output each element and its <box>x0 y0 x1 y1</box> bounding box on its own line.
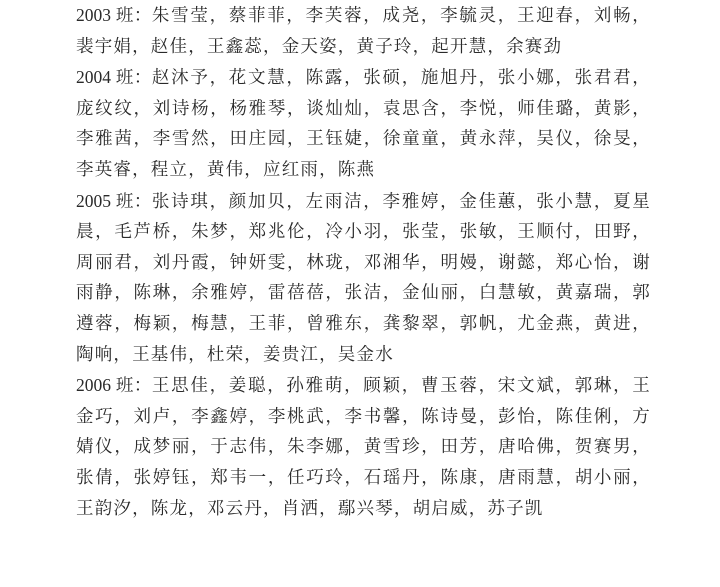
student-names: 张诗琪，颜加贝，左雨洁，李雅婷，金佳蕙，张小慧，夏星晨，毛芦桥，朱梦，郑兆伦，冷… <box>76 192 651 365</box>
student-names: 赵沐予，花文慧，陈露，张硕，施旭丹，张小娜，张君君，庞纹纹，刘诗杨，杨雅琴，谈灿… <box>76 68 651 180</box>
class-label: 2004 班： <box>76 67 152 87</box>
student-names: 朱雪莹，蔡菲菲，李芙蓉，成尧，李毓灵，王迎春，刘畅，裴宇娟，赵佳，王鑫蕊，金天姿… <box>76 6 651 57</box>
class-2005-paragraph: 2005 班：张诗琪，颜加贝，左雨洁，李雅婷，金佳蕙，张小慧，夏星晨，毛芦桥，朱… <box>76 186 651 371</box>
class-2006-paragraph: 2006 班：王思佳，姜聪，孙雅萌，顾颖，曹玉蓉，宋文斌，郭琳，王金巧，刘卢，李… <box>76 370 651 524</box>
class-label: 2005 班： <box>76 191 152 211</box>
class-label: 2006 班： <box>76 375 152 395</box>
class-label: 2003 班： <box>76 5 152 25</box>
class-2003-paragraph: 2003 班：朱雪莹，蔡菲菲，李芙蓉，成尧，李毓灵，王迎春，刘畅，裴宇娟，赵佳，… <box>76 0 651 62</box>
document-page: 2003 班：朱雪莹，蔡菲菲，李芙蓉，成尧，李毓灵，王迎春，刘畅，裴宇娟，赵佳，… <box>76 0 651 524</box>
class-2004-paragraph: 2004 班：赵沐予，花文慧，陈露，张硕，施旭丹，张小娜，张君君，庞纹纹，刘诗杨… <box>76 62 651 185</box>
student-names: 王思佳，姜聪，孙雅萌，顾颖，曹玉蓉，宋文斌，郭琳，王金巧，刘卢，李鑫婷，李桃武，… <box>76 376 651 518</box>
